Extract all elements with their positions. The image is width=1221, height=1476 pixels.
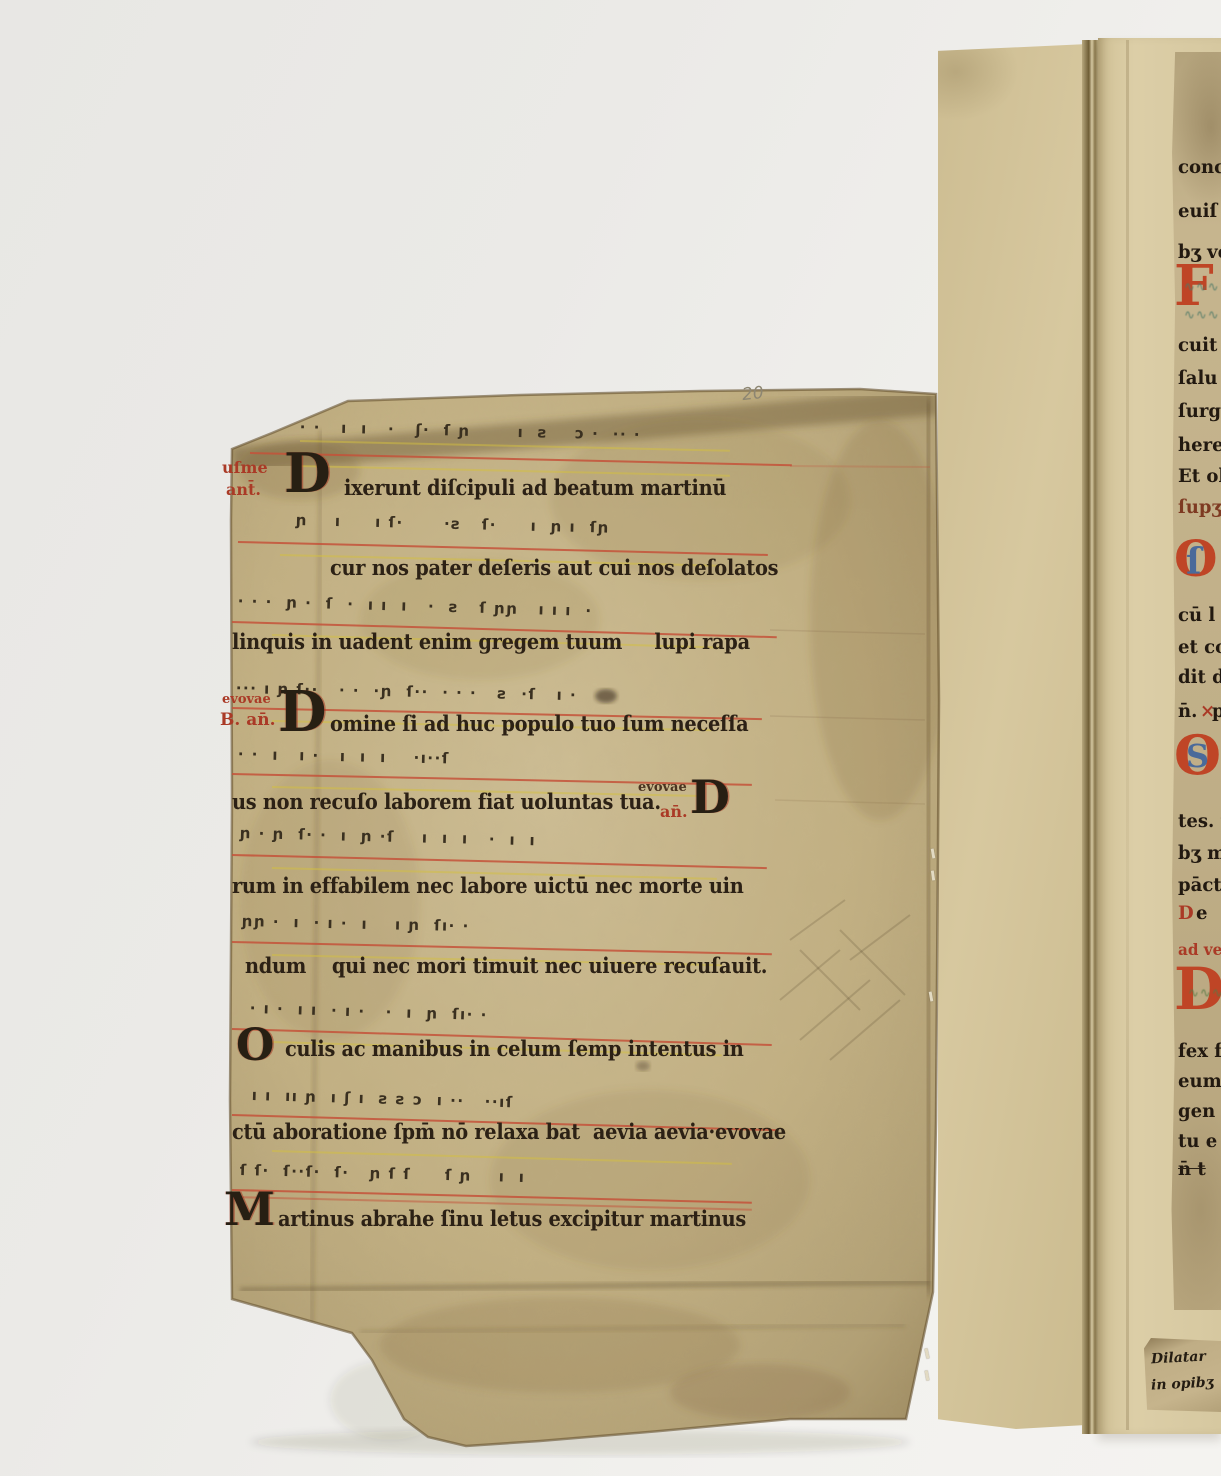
fragment-rubric-initial: D <box>1178 902 1194 924</box>
chant-text-line: ndum qui nec mori timuit nec uiuere recu… <box>245 954 767 979</box>
marginal-rubric: B. an̄. <box>220 710 276 730</box>
chant-text-line: artinus abrahe ſinu letus excipitur mart… <box>278 1207 746 1232</box>
fragment-word: n̄. <box>1178 700 1197 722</box>
binding-board-left <box>938 44 1088 1429</box>
marginal-rubric: an̄. <box>660 802 688 821</box>
fragment-word: fex f <box>1178 1040 1221 1062</box>
interlinear-evovae: evovae <box>638 780 687 795</box>
marginal-rubric: ant̄. <box>226 480 261 499</box>
chant-text-line: omine ſi ad huc populo tuo ſum neceſſa <box>330 712 748 737</box>
initial-D-line5-end: D <box>690 774 730 820</box>
fragment-word: e <box>1196 902 1207 924</box>
bottom-right-patch: Dilatar in opibʒ <box>1144 1338 1221 1412</box>
initial-D-line4: D <box>278 684 327 740</box>
fragment-word: euiſ <box>1178 200 1217 222</box>
chant-text-line: culis ac manibus in celum ſemp intentus … <box>285 1037 744 1062</box>
fragment-initial-blue: S <box>1186 740 1209 772</box>
fragment-word: Et ol <box>1178 465 1221 487</box>
initial-M-line10: M <box>224 1186 275 1232</box>
fragment-word: p <box>1212 700 1221 722</box>
chant-text-line: linquis in uadent enim gregem tuum lupi … <box>232 630 750 655</box>
fragment-initial-blue: ſ <box>1186 544 1202 580</box>
fragment-word: et co <box>1178 636 1221 658</box>
faded-green-script: ∿∿∿ <box>1184 308 1220 323</box>
fragment-word-struck: n̄ t <box>1178 1158 1206 1180</box>
fragment-word: gen <box>1178 1100 1215 1122</box>
fragment-word: tu e <box>1178 1130 1217 1152</box>
faded-green-script: ∿∿∿ <box>1184 280 1220 295</box>
fragment-word: cuit <box>1178 334 1217 356</box>
right-page-fold <box>1126 40 1129 1430</box>
fragment-word: here <box>1178 434 1221 456</box>
initial-D-line1: D <box>284 446 331 500</box>
green-vine-decoration: ∿∿∿ <box>1188 986 1221 1001</box>
fragment-word: ſurg <box>1178 400 1221 422</box>
chant-text-line: cur nos pater deſeris aut cui nos deſola… <box>330 556 778 581</box>
fragment-word: ſupʒa <box>1178 496 1221 518</box>
folio-number-pencil: 20 <box>741 383 765 405</box>
fragment-word: dit d <box>1178 666 1221 688</box>
patch-line: Dilatar <box>1151 1349 1207 1368</box>
patch-line: in opibʒ <box>1151 1374 1214 1393</box>
fragment-word: tes. t <box>1178 810 1221 832</box>
fragment-word: pāct <box>1178 874 1221 896</box>
chant-text-line: rum in effabilem nec labore uictū nec mo… <box>232 874 744 899</box>
fragment-word: eum <box>1178 1070 1221 1092</box>
right-manuscript-fragment: conce euiſ bʒ ve F ∿∿∿ ∿∿∿ cuit ſalu ſur… <box>1170 52 1221 1310</box>
chant-text-line: us non recuſo laborem fiat uoluntas tua. <box>232 790 661 815</box>
fragment-word: ſalu <box>1178 367 1217 389</box>
marginal-rubric: evovae <box>222 692 271 707</box>
chant-text-line: ixerunt diſcipuli ad beatum martinū <box>344 476 726 501</box>
manuscript-photo: conce euiſ bʒ ve F ∿∿∿ ∿∿∿ cuit ſalu ſur… <box>0 0 1221 1476</box>
initial-O-line8: O <box>236 1024 274 1068</box>
chant-text-line: ctū aboratione ſpm̄ nō relaxa bat aevia … <box>232 1120 786 1145</box>
fragment-word: conce <box>1178 156 1221 178</box>
fragment-word: bʒ m <box>1178 842 1221 864</box>
marginal-rubric: uſme <box>222 458 268 477</box>
fragment-word: cū l <box>1178 604 1215 626</box>
